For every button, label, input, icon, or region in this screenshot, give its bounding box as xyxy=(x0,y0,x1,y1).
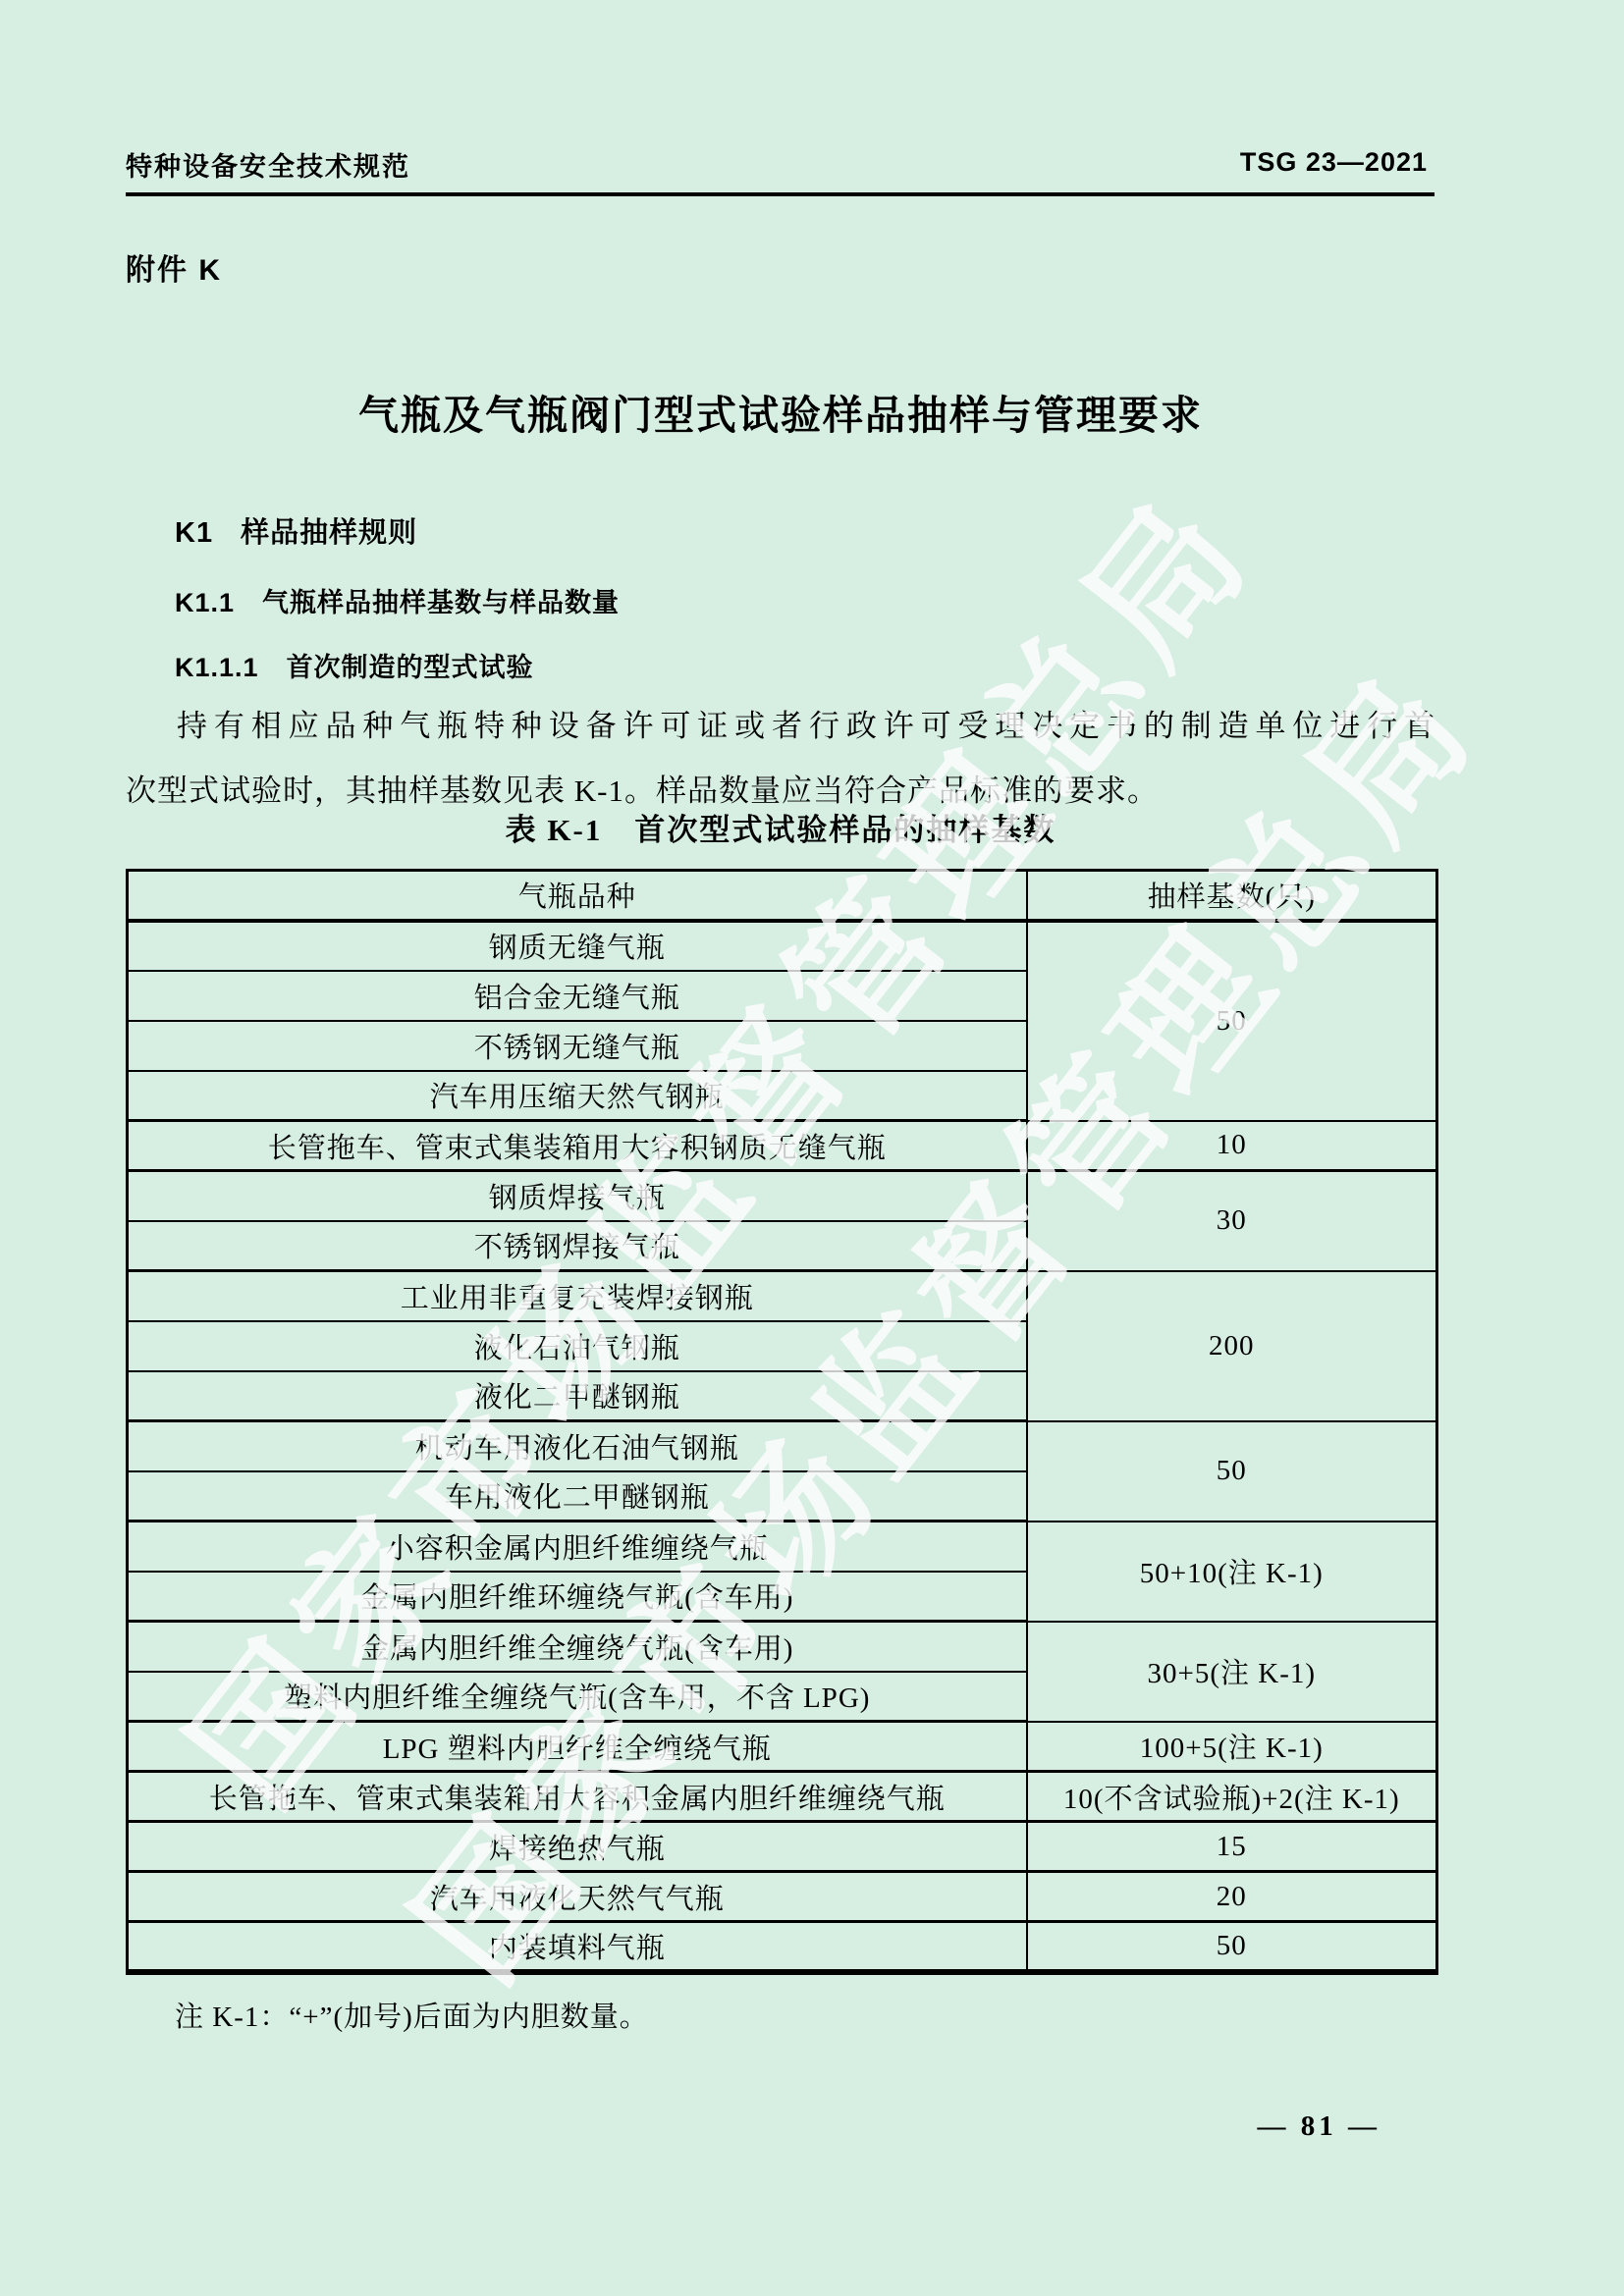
header-document-code: TSG 23—2021 xyxy=(1240,147,1428,178)
table-row: 钢质无缝气瓶50 xyxy=(128,921,1437,971)
page-number: — 81 — xyxy=(1258,2110,1381,2143)
section-number: K1.1 xyxy=(175,588,235,617)
section-number: K1.1.1 xyxy=(175,653,259,682)
product-cell: 小容积金属内胆纤维缠绕气瓶 xyxy=(128,1522,1027,1572)
value-cell: 10(不含试验瓶)+2(注 K-1) xyxy=(1027,1772,1437,1822)
table-row: 机动车用液化石油气钢瓶50 xyxy=(128,1421,1437,1471)
value-cell: 10 xyxy=(1027,1121,1437,1171)
product-cell: 内装填料气瓶 xyxy=(128,1922,1027,1972)
column-header-product: 气瓶品种 xyxy=(128,871,1027,921)
paragraph-line: 持有相应品种气瓶特种设备许可证或者行政许可受理决定书的制造单位进行首 xyxy=(126,701,1435,766)
table-caption: 表 K-1 首次型式试验样品的抽样基数 xyxy=(126,805,1435,849)
section-label: 气瓶样品抽样基数与样品数量 xyxy=(262,588,620,617)
table-row: 内装填料气瓶50 xyxy=(128,1922,1437,1972)
value-cell: 50 xyxy=(1027,921,1437,1121)
header-rule xyxy=(126,192,1435,196)
product-cell: 液化石油气钢瓶 xyxy=(128,1321,1027,1371)
table-row: 小容积金属内胆纤维缠绕气瓶50+10(注 K-1) xyxy=(128,1522,1437,1572)
page-title: 气瓶及气瓶阀门型式试验样品抽样与管理要求 xyxy=(126,383,1435,441)
product-cell: 液化二甲醚钢瓶 xyxy=(128,1371,1027,1421)
value-cell: 50 xyxy=(1027,1922,1437,1972)
product-cell: 塑料内胆纤维全缠绕气瓶(含车用，不含 LPG) xyxy=(128,1672,1027,1722)
sampling-base-table: 气瓶品种 抽样基数(只) 钢质无缝气瓶50铝合金无缝气瓶不锈钢无缝气瓶汽车用压缩… xyxy=(126,869,1438,1975)
table-row: 金属内胆纤维全缠绕气瓶(含车用)30+5(注 K-1) xyxy=(128,1622,1437,1672)
section-heading-k1-1: K1.1气瓶样品抽样基数与样品数量 xyxy=(175,581,620,619)
product-cell: 车用液化二甲醚钢瓶 xyxy=(128,1471,1027,1522)
table-row: 钢质焊接气瓶30 xyxy=(128,1171,1437,1221)
product-cell: 机动车用液化石油气钢瓶 xyxy=(128,1421,1027,1471)
product-cell: 铝合金无缝气瓶 xyxy=(128,971,1027,1021)
table-row: 长管拖车、管束式集装箱用大容积金属内胆纤维缠绕气瓶10(不含试验瓶)+2(注 K… xyxy=(128,1772,1437,1822)
section-heading-k1-1-1: K1.1.1首次制造的型式试验 xyxy=(175,646,534,684)
value-cell: 200 xyxy=(1027,1271,1437,1421)
table-row: 焊接绝热气瓶15 xyxy=(128,1822,1437,1872)
value-cell: 20 xyxy=(1027,1872,1437,1922)
table-row: 汽车用液化天然气气瓶20 xyxy=(128,1872,1437,1922)
header-left-title: 特种设备安全技术规范 xyxy=(126,145,410,184)
product-cell: 汽车用液化天然气气瓶 xyxy=(128,1872,1027,1922)
product-cell: 钢质焊接气瓶 xyxy=(128,1171,1027,1221)
value-cell: 50+10(注 K-1) xyxy=(1027,1522,1437,1622)
product-cell: 工业用非重复充装焊接钢瓶 xyxy=(128,1271,1027,1321)
section-heading-k1: K1样品抽样规则 xyxy=(175,510,417,551)
value-cell: 15 xyxy=(1027,1822,1437,1872)
value-cell: 50 xyxy=(1027,1421,1437,1522)
product-cell: 不锈钢焊接气瓶 xyxy=(128,1221,1027,1271)
section-label: 样品抽样规则 xyxy=(241,517,417,549)
product-cell: 焊接绝热气瓶 xyxy=(128,1822,1027,1872)
table-note: 注 K-1：“+”(加号)后面为内胆数量。 xyxy=(175,1995,649,2035)
product-cell: 长管拖车、管束式集装箱用大容积钢质无缝气瓶 xyxy=(128,1121,1027,1171)
product-cell: 钢质无缝气瓶 xyxy=(128,921,1027,971)
product-cell: 金属内胆纤维全缠绕气瓶(含车用) xyxy=(128,1622,1027,1672)
product-cell: LPG 塑料内胆纤维全缠绕气瓶 xyxy=(128,1722,1027,1772)
table-row: LPG 塑料内胆纤维全缠绕气瓶100+5(注 K-1) xyxy=(128,1722,1437,1772)
table-row: 工业用非重复充装焊接钢瓶200 xyxy=(128,1271,1437,1321)
attachment-label: 附件 K xyxy=(126,245,222,289)
section-label: 首次制造的型式试验 xyxy=(287,653,534,682)
value-cell: 30+5(注 K-1) xyxy=(1027,1622,1437,1722)
table-header-row: 气瓶品种 抽样基数(只) xyxy=(128,871,1437,921)
product-cell: 不锈钢无缝气瓶 xyxy=(128,1021,1027,1071)
value-cell: 100+5(注 K-1) xyxy=(1027,1722,1437,1772)
section-number: K1 xyxy=(175,517,213,549)
table-row: 长管拖车、管束式集装箱用大容积钢质无缝气瓶10 xyxy=(128,1121,1437,1171)
column-header-base-number: 抽样基数(只) xyxy=(1027,871,1437,921)
value-cell: 30 xyxy=(1027,1171,1437,1271)
sampling-table-body: 钢质无缝气瓶50铝合金无缝气瓶不锈钢无缝气瓶汽车用压缩天然气钢瓶长管拖车、管束式… xyxy=(128,921,1437,1972)
product-cell: 金属内胆纤维环缠绕气瓶(含车用) xyxy=(128,1572,1027,1622)
document-page: 国家市场监督管理总局 国家市场监督管理总局 特种设备安全技术规范 TSG 23—… xyxy=(0,0,1624,2296)
product-cell: 汽车用压缩天然气钢瓶 xyxy=(128,1071,1027,1121)
product-cell: 长管拖车、管束式集装箱用大容积金属内胆纤维缠绕气瓶 xyxy=(128,1772,1027,1822)
